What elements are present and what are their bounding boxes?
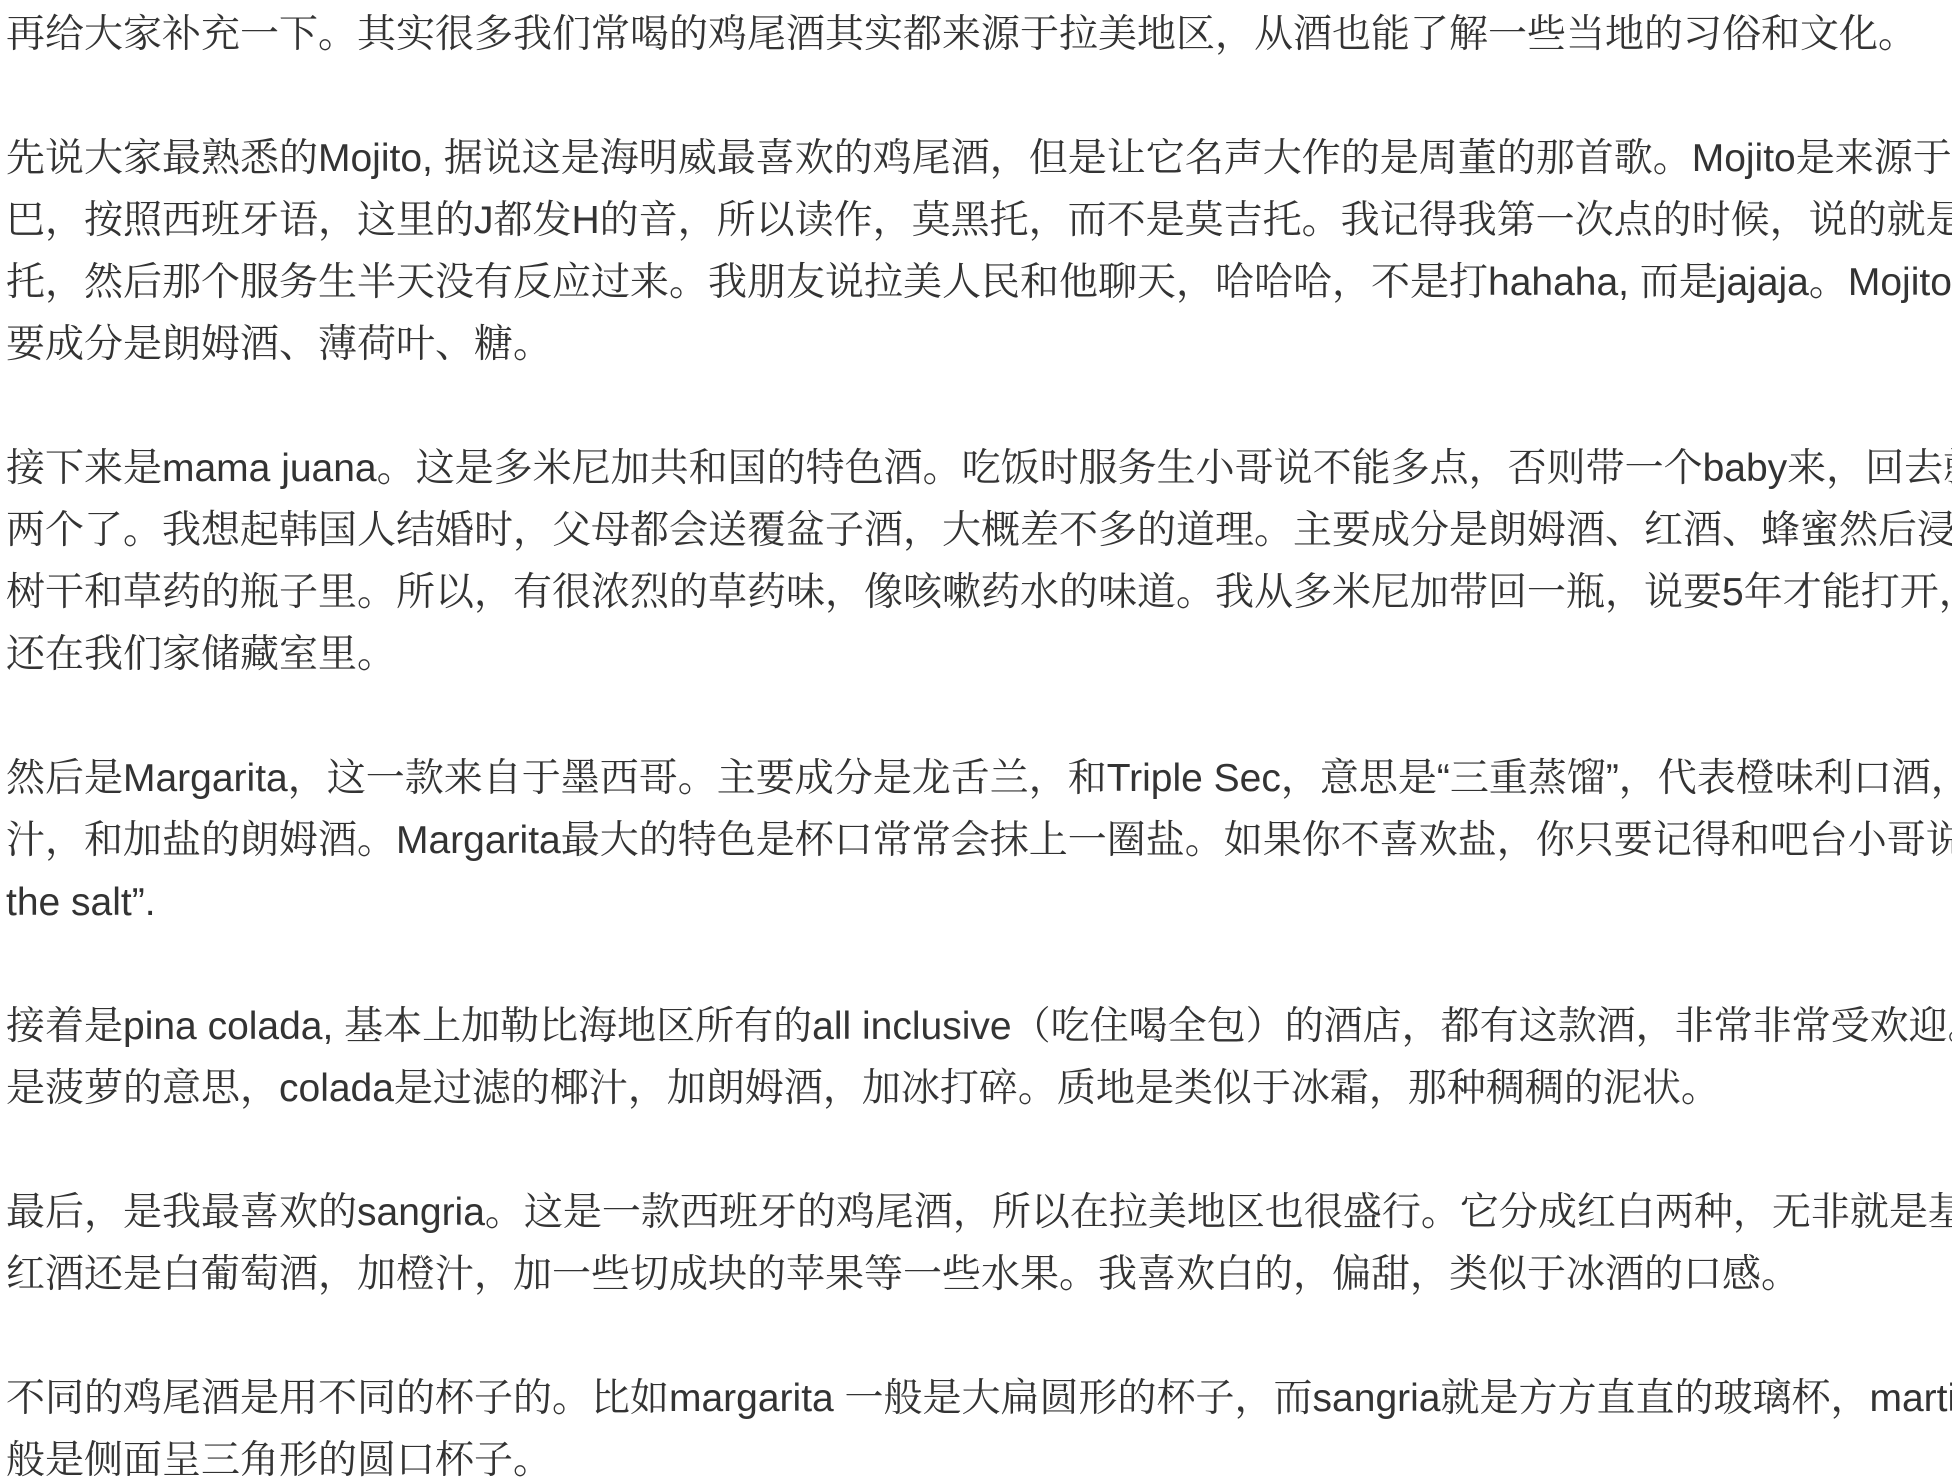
- text-line: the salt”.: [6, 872, 1952, 934]
- text-line: 要成分是朗姆酒、薄荷叶、糖。: [6, 314, 1952, 376]
- text-line: 树干和草药的瓶子里。所以，有很浓烈的草药味，像咳嗽药水的味道。我从多米尼加带回一…: [6, 562, 1952, 624]
- paragraph-pina-colada: 接着是pina colada, 基本上加勒比海地区所有的all inclusiv…: [6, 996, 1952, 1120]
- paragraph-sangria: 最后，是我最喜欢的sangria。这是一款西班牙的鸡尾酒，所以在拉美地区也很盛行…: [6, 1182, 1952, 1306]
- text-line: 是菠萝的意思，colada是过滤的椰汁，加朗姆酒，加冰打碎。质地是类似于冰霜，那…: [6, 1058, 1952, 1120]
- text-line: 接下来是mama juana。这是多米尼加共和国的特色酒。吃饭时服务生小哥说不能…: [6, 438, 1952, 500]
- text-line: 先说大家最熟悉的Mojito, 据说这是海明威最喜欢的鸡尾酒，但是让它名声大作的…: [6, 128, 1952, 190]
- text-line: 还在我们家储藏室里。: [6, 624, 1952, 686]
- paragraph-mojito: 先说大家最熟悉的Mojito, 据说这是海明威最喜欢的鸡尾酒，但是让它名声大作的…: [6, 128, 1952, 376]
- document-body: 再给大家补充一下。其实很多我们常喝的鸡尾酒其实都来源于拉美地区，从酒也能了解一些…: [0, 0, 1952, 1484]
- text-line: 不同的鸡尾酒是用不同的杯子的。比如margarita 一般是大扁圆形的杯子，而s…: [6, 1368, 1952, 1430]
- text-line: 接着是pina colada, 基本上加勒比海地区所有的all inclusiv…: [6, 996, 1952, 1058]
- text-line: 最后，是我最喜欢的sangria。这是一款西班牙的鸡尾酒，所以在拉美地区也很盛行…: [6, 1182, 1952, 1244]
- paragraph-mama-juana: 接下来是mama juana。这是多米尼加共和国的特色酒。吃饭时服务生小哥说不能…: [6, 438, 1952, 686]
- text-line: 两个了。我想起韩国人结婚时，父母都会送覆盆子酒，大概差不多的道理。主要成分是朗姆…: [6, 500, 1952, 562]
- paragraph-glasses: 不同的鸡尾酒是用不同的杯子的。比如margarita 一般是大扁圆形的杯子，而s…: [6, 1368, 1952, 1484]
- paragraph-margarita: 然后是Margarita，这一款来自于墨西哥。主要成分是龙舌兰，和Triple …: [6, 748, 1952, 934]
- text-line: 红酒还是白葡萄酒，加橙汁，加一些切成块的苹果等一些水果。我喜欢白的，偏甜，类似于…: [6, 1244, 1952, 1306]
- text-line: 巴，按照西班牙语，这里的J都发H的音，所以读作，莫黑托，而不是莫吉托。我记得我第…: [6, 190, 1952, 252]
- paragraph-intro: 再给大家补充一下。其实很多我们常喝的鸡尾酒其实都来源于拉美地区，从酒也能了解一些…: [6, 4, 1952, 66]
- text-line: 再给大家补充一下。其实很多我们常喝的鸡尾酒其实都来源于拉美地区，从酒也能了解一些…: [6, 4, 1952, 66]
- text-line: 托，然后那个服务生半天没有反应过来。我朋友说拉美人民和他聊天，哈哈哈，不是打ha…: [6, 252, 1952, 314]
- text-line: 般是侧面呈三角形的圆口杯子。: [6, 1430, 1952, 1484]
- text-line: 然后是Margarita，这一款来自于墨西哥。主要成分是龙舌兰，和Triple …: [6, 748, 1952, 810]
- text-line: 汁，和加盐的朗姆酒。Margarita最大的特色是杯口常常会抹上一圈盐。如果你不…: [6, 810, 1952, 872]
